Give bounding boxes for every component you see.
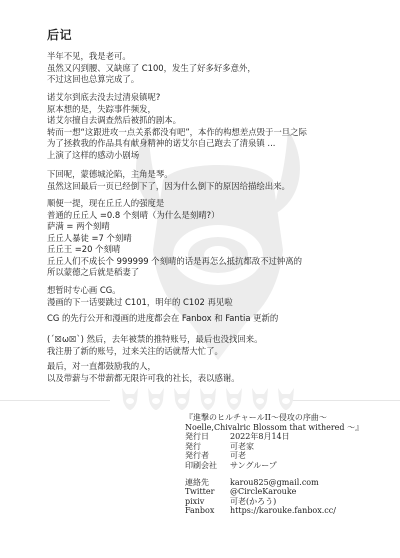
colophon-row: 発行日2022年8月14日 <box>185 432 363 442</box>
emblem-icon <box>250 386 270 412</box>
emblem-icon <box>224 386 244 412</box>
contact-row-fanbox: Fanboxhttps://karouke.fanbox.cc/ <box>185 506 363 516</box>
paragraph-intro: 半年不见，我是老可。 虽然又闪到腰、又缺席了 C100，发生了好多好多意外， 不… <box>47 51 256 86</box>
emblem-icon <box>198 386 218 412</box>
contact-row-twitter: Twitter@CircleKarouke <box>185 487 363 497</box>
emblem-icon <box>172 386 192 412</box>
paragraph-twitter: (´☒ω☒`) 然后，去年被禁的推特账号，最后也没找回来。 我注册了新的账号，过… <box>47 334 262 357</box>
colophon-title-line2: Noelle,Chivalric Blossom that withered ～… <box>185 423 363 433</box>
colophon-row: 発行可老家 <box>185 442 363 452</box>
colophon: 『進撃のヒルチャールII～侵攻の序曲～ Noelle,Chivalric Blo… <box>185 413 363 516</box>
page-title: 后记 <box>47 26 72 43</box>
divider-left <box>0 400 110 401</box>
contact-row-email: 連絡先karou825@gmail.com <box>185 478 363 488</box>
paragraph-hilichurl: 顺便一提，现在丘丘人的强度是 普通的丘丘人 =0.8 个刻晴（为什么是刻晴?） … <box>47 198 302 279</box>
paragraph-cg: 想暂时专心画 CG。 漫画的下一话要跳过 C101，明年的 C102 再见啦 <box>47 285 233 308</box>
emblem-icon <box>276 386 296 412</box>
paragraph-fanbox: CG 的先行公开和漫画的进度都会在 Fanbox 和 Fantia 更新的 <box>47 313 278 325</box>
colophon-row: 発行者可老 <box>185 451 363 461</box>
paragraph-next: 下回呢，蒙德城沦陷，主角是琴。 虽然这回最后一页已经倒下了，因为什么倒下的原因给… <box>47 169 290 192</box>
emblem-icon <box>146 386 166 412</box>
colophon-row: 印刷会社サングループ <box>185 461 363 471</box>
divider-right <box>280 400 400 401</box>
emblem-icon <box>120 386 140 412</box>
paragraph-noelle: 诺艾尔到底去没去过清泉镇呢? 原本想的是，失踪事件频发， 诺艾尔擅自去调查然后被… <box>47 92 307 161</box>
emblem-row <box>120 386 296 412</box>
colophon-title-line1: 『進撃のヒルチャールII～侵攻の序曲～ <box>185 413 363 423</box>
paragraph-thanks: 最后，对一直都鼓励我的人， 以及带薪与不带薪都无限许可我的社长，表以感谢。 <box>47 361 240 384</box>
contact-row-pixiv: pixiv可老(かろう) <box>185 497 363 507</box>
